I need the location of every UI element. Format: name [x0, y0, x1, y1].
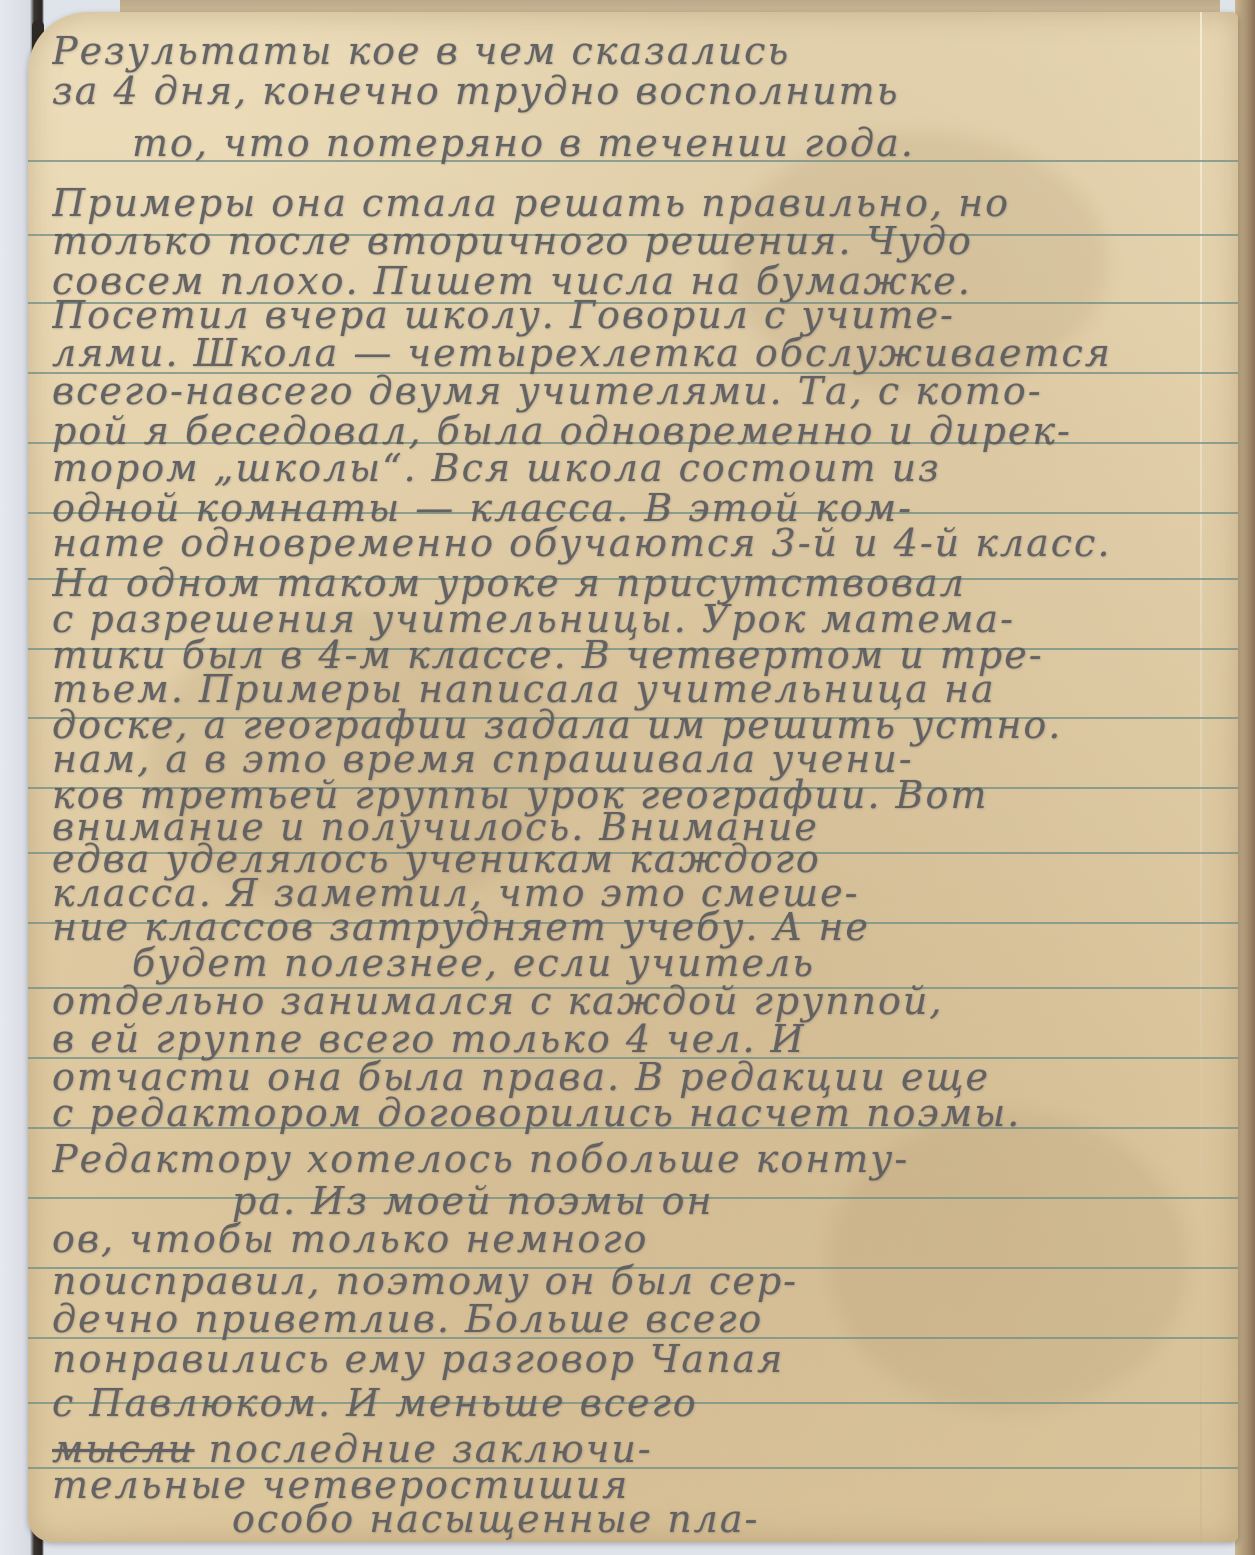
handwritten-line: то, что потеряно в течении года.: [52, 112, 1208, 174]
notebook-page: Результаты кое в чем сказались за 4 дня,…: [28, 12, 1238, 1542]
notebook-backing-right: [1235, 0, 1255, 1555]
scanned-notebook: Результаты кое в чем сказались за 4 дня,…: [0, 0, 1255, 1555]
handwritten-line: особо насыщенные пла-: [52, 1488, 1208, 1542]
